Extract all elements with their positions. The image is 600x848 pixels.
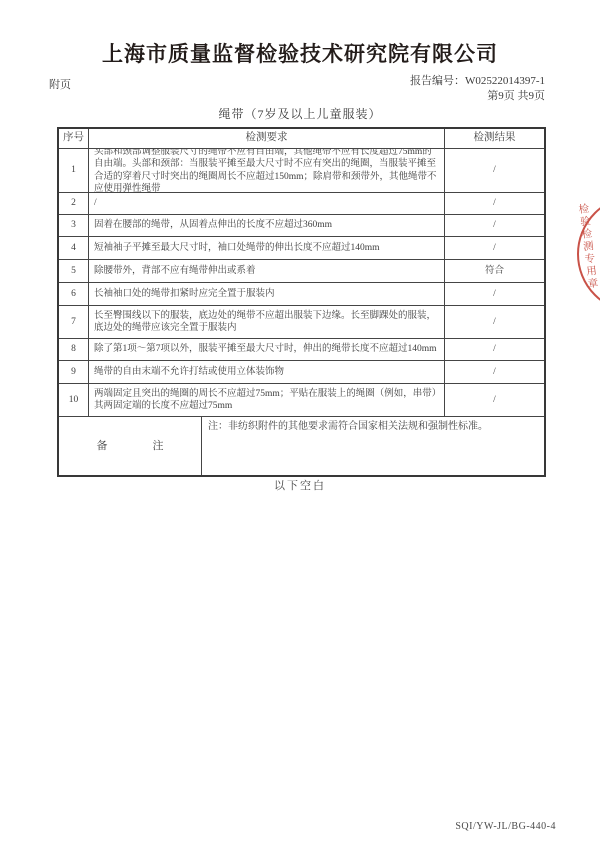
remark-label: 备注: [97, 440, 209, 453]
table-row: 3 固着在腰部的绳带，从固着点伸出的长度不应超过360mm /: [59, 215, 544, 237]
header-requirement: 检测要求: [89, 129, 445, 148]
table-title: 绳带（7岁及以上儿童服装）: [0, 105, 600, 122]
row-number: 7: [59, 306, 89, 338]
row-number: 3: [59, 215, 89, 236]
requirement-text: 头部和颈部调整服装尺寸的绳带不应有自由端，其他绳带不应有长度超过75mm的自由端…: [89, 149, 445, 192]
requirement-text: 长至臀围线以下的服装，底边处的绳带不应超出服装下边缘。长至脚踝处的服装，底边处的…: [89, 306, 445, 338]
result-value: /: [445, 306, 544, 338]
row-number: 4: [59, 237, 89, 259]
report-number: 报告编号：W02522014397-1: [410, 74, 545, 89]
table-row: 7 长至臀围线以下的服装，底边处的绳带不应超出服装下边缘。长至脚踝处的服装，底边…: [59, 306, 544, 339]
table-header-row: 序号 检测要求 检测结果: [59, 129, 544, 149]
report-header-right: 报告编号：W02522014397-1 第9页 共9页: [410, 74, 545, 104]
table-row: 9 绳带的自由末端不允许打结或使用立体装饰物 /: [59, 361, 544, 384]
result-value: /: [445, 149, 544, 192]
form-code: SQI/YW-JL/BG-440-4: [455, 821, 556, 832]
inspection-seal: 检验检测专用章: [570, 190, 600, 318]
row-number: 1: [59, 149, 89, 192]
row-number: 6: [59, 283, 89, 305]
row-number: 2: [59, 193, 89, 214]
result-value: /: [445, 215, 544, 236]
remark-note: 注：非纺织附件的其他要求需符合国家相关法规和强制性标准。: [202, 417, 544, 475]
remark-label-cell: 备注: [59, 417, 202, 475]
requirement-text: 绳带的自由末端不允许打结或使用立体装饰物: [89, 361, 445, 383]
seal-text: 检验检测专用章: [575, 202, 600, 291]
result-value: /: [445, 361, 544, 383]
requirement-text: 短袖袖子平摊至最大尺寸时，袖口处绳带的伸出长度不应超过140mm: [89, 237, 445, 259]
table-row: 6 长袖袖口处的绳带扣紧时应完全置于服装内 /: [59, 283, 544, 306]
table-row: 1 头部和颈部调整服装尺寸的绳带不应有自由端，其他绳带不应有长度超过75mm的自…: [59, 149, 544, 193]
result-value: /: [445, 339, 544, 360]
requirement-text: 除腰带外，背部不应有绳带伸出或系着: [89, 260, 445, 282]
result-value: /: [445, 384, 544, 416]
table-row: 8 除了第1项～第7项以外，服装平摊至最大尺寸时，伸出的绳带长度不应超过140m…: [59, 339, 544, 361]
remark-row: 备注 注：非纺织附件的其他要求需符合国家相关法规和强制性标准。: [59, 417, 544, 475]
requirement-text: 长袖袖口处的绳带扣紧时应完全置于服装内: [89, 283, 445, 305]
doc-title: 上海市质量监督检验技术研究院有限公司: [0, 38, 600, 68]
table-row: 5 除腰带外，背部不应有绳带伸出或系着 符合: [59, 260, 544, 283]
result-value: /: [445, 237, 544, 259]
table-row: 10 两端固定且突出的绳圈的周长不应超过75mm；平贴在服装上的绳圈（例如，串带…: [59, 384, 544, 417]
header-result: 检测结果: [445, 129, 544, 148]
inspection-table: 序号 检测要求 检测结果 1 头部和颈部调整服装尺寸的绳带不应有自由端，其他绳带…: [57, 127, 546, 477]
page-indicator: 第9页 共9页: [410, 89, 545, 104]
row-number: 8: [59, 339, 89, 360]
requirement-text: 除了第1项～第7项以外，服装平摊至最大尺寸时，伸出的绳带长度不应超过140mm: [89, 339, 445, 360]
requirement-text: /: [89, 193, 445, 214]
report-page: 上海市质量监督检验技术研究院有限公司 附页 报告编号：W02522014397-…: [0, 0, 600, 848]
row-number: 9: [59, 361, 89, 383]
result-value: 符合: [445, 260, 544, 282]
below-blank-text: 以下空白: [0, 477, 600, 493]
row-number: 5: [59, 260, 89, 282]
header-no: 序号: [59, 129, 89, 148]
requirement-text: 固着在腰部的绳带，从固着点伸出的长度不应超过360mm: [89, 215, 445, 236]
table-row: 2 / /: [59, 193, 544, 215]
result-value: /: [445, 193, 544, 214]
seal-circle-icon: [577, 195, 600, 313]
attachment-label: 附页: [49, 76, 71, 92]
table-row: 4 短袖袖子平摊至最大尺寸时，袖口处绳带的伸出长度不应超过140mm /: [59, 237, 544, 260]
result-value: /: [445, 283, 544, 305]
row-number: 10: [59, 384, 89, 416]
requirement-text: 两端固定且突出的绳圈的周长不应超过75mm；平贴在服装上的绳圈（例如，串带）其两…: [89, 384, 445, 416]
